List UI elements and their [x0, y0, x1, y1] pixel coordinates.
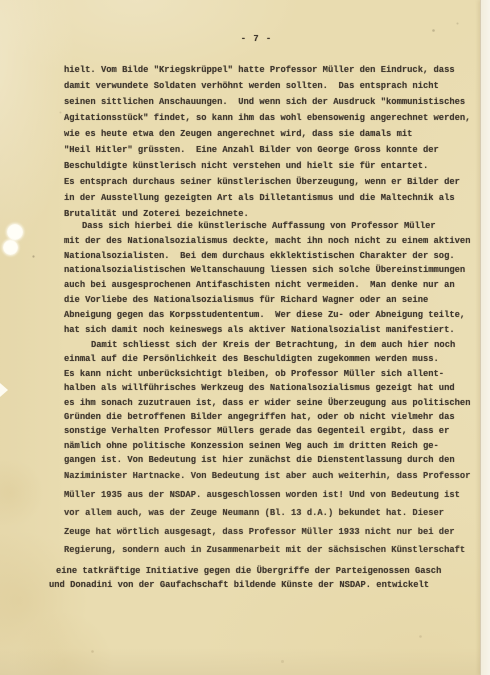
text-line: gangen ist. Von Bedeutung ist hier zunäc…: [64, 453, 470, 467]
text-line: "Heil Hitler" grüssten. Eine Anzahl Bild…: [64, 142, 470, 158]
text-line: damit verwundete Soldaten verhöhnt werde…: [64, 78, 470, 94]
text-line: Naziminister Hartnacke. Von Bedeutung is…: [64, 467, 470, 486]
paper-specks: [0, 0, 1, 1]
text-line: in der Ausstellung gezeigten Art als Dil…: [64, 190, 470, 206]
text-line: halben als willführisches Werkzeug des N…: [64, 381, 470, 395]
text-line: auch bei ausgesprochenen Antifaschisten …: [64, 278, 470, 293]
text-line: Es entsprach durchaus seiner künstlerisc…: [64, 174, 470, 190]
text-line: Nationalsozialisten. Bei dem durchaus ek…: [64, 249, 470, 264]
typewritten-text-block: - 7 - hielt. Vom Bilde "Kriegskrüppel" h…: [64, 0, 484, 675]
text-line: nationalsozialistischen Weltanschauung l…: [64, 263, 470, 278]
text-line: vor allem auch, was der Zeuge Neumann (B…: [64, 504, 470, 523]
text-line: Abneigung gegen das Korpsstudententum. W…: [64, 308, 470, 323]
text-line: Beschuldigte künstlerisch nicht verstehe…: [64, 158, 470, 174]
text-line: hat sich damit noch keineswegs als aktiv…: [64, 323, 470, 338]
text-line: seinen sittlichen Anschauungen. Und wenn…: [64, 94, 470, 110]
punch-hole: [3, 240, 18, 255]
text-line: sonstige Verhalten Professor Müllers ger…: [64, 424, 470, 438]
paragraph-2: Dass sich hierbei die künstlerische Auff…: [64, 219, 470, 337]
text-line: Gründen die betroffenen Bilder angegriff…: [64, 410, 470, 424]
scanned-document-page: - 7 - hielt. Vom Bilde "Kriegskrüppel" h…: [0, 0, 490, 675]
text-line: Es kann nicht unberücksichtigt bleiben, …: [64, 367, 470, 381]
text-line: und Donadini von der Gaufachschaft bilde…: [49, 578, 441, 592]
text-line: Regierung, sondern auch in Zusammenarbei…: [64, 541, 470, 560]
paragraph-3-continued: Naziminister Hartnacke. Von Bedeutung is…: [64, 467, 470, 560]
text-line: es ihm sonach zuzutrauen ist, dass er wi…: [64, 396, 470, 410]
text-line: eine tatkräftige Initiative gegen die Üb…: [49, 564, 441, 578]
text-line: die Vorliebe des Nationalsozialismus für…: [64, 293, 470, 308]
paragraph-1: hielt. Vom Bilde "Kriegskrüppel" hatte P…: [64, 62, 470, 222]
punch-hole: [7, 224, 23, 240]
text-line: Agitationsstück" findet, so kann ihm das…: [64, 110, 470, 126]
text-line: Zeuge hat wörtlich ausgesagt, dass Profe…: [64, 523, 470, 542]
text-line: wie es heute etwa den Zeugen angerechnet…: [64, 126, 470, 142]
text-line: einmal auf die Persönlichkeit des Beschu…: [64, 352, 470, 366]
paragraph-4: eine tatkräftige Initiative gegen die Üb…: [49, 564, 441, 592]
paper-tear-mark: [0, 383, 8, 397]
text-line: nämlich ohne politische Konzession seine…: [64, 439, 470, 453]
text-line: hielt. Vom Bilde "Kriegskrüppel" hatte P…: [64, 62, 470, 78]
page-number: - 7 -: [64, 33, 449, 45]
text-line: Müller 1935 aus der NSDAP. ausgeschlosse…: [64, 486, 470, 505]
text-line: Damit schliesst sich der Kreis der Betra…: [64, 338, 470, 352]
text-line: Dass sich hierbei die künstlerische Auff…: [64, 219, 470, 234]
paragraph-3: Damit schliesst sich der Kreis der Betra…: [64, 338, 470, 468]
text-line: mit der des Nationalsozialismus deckte, …: [64, 234, 470, 249]
